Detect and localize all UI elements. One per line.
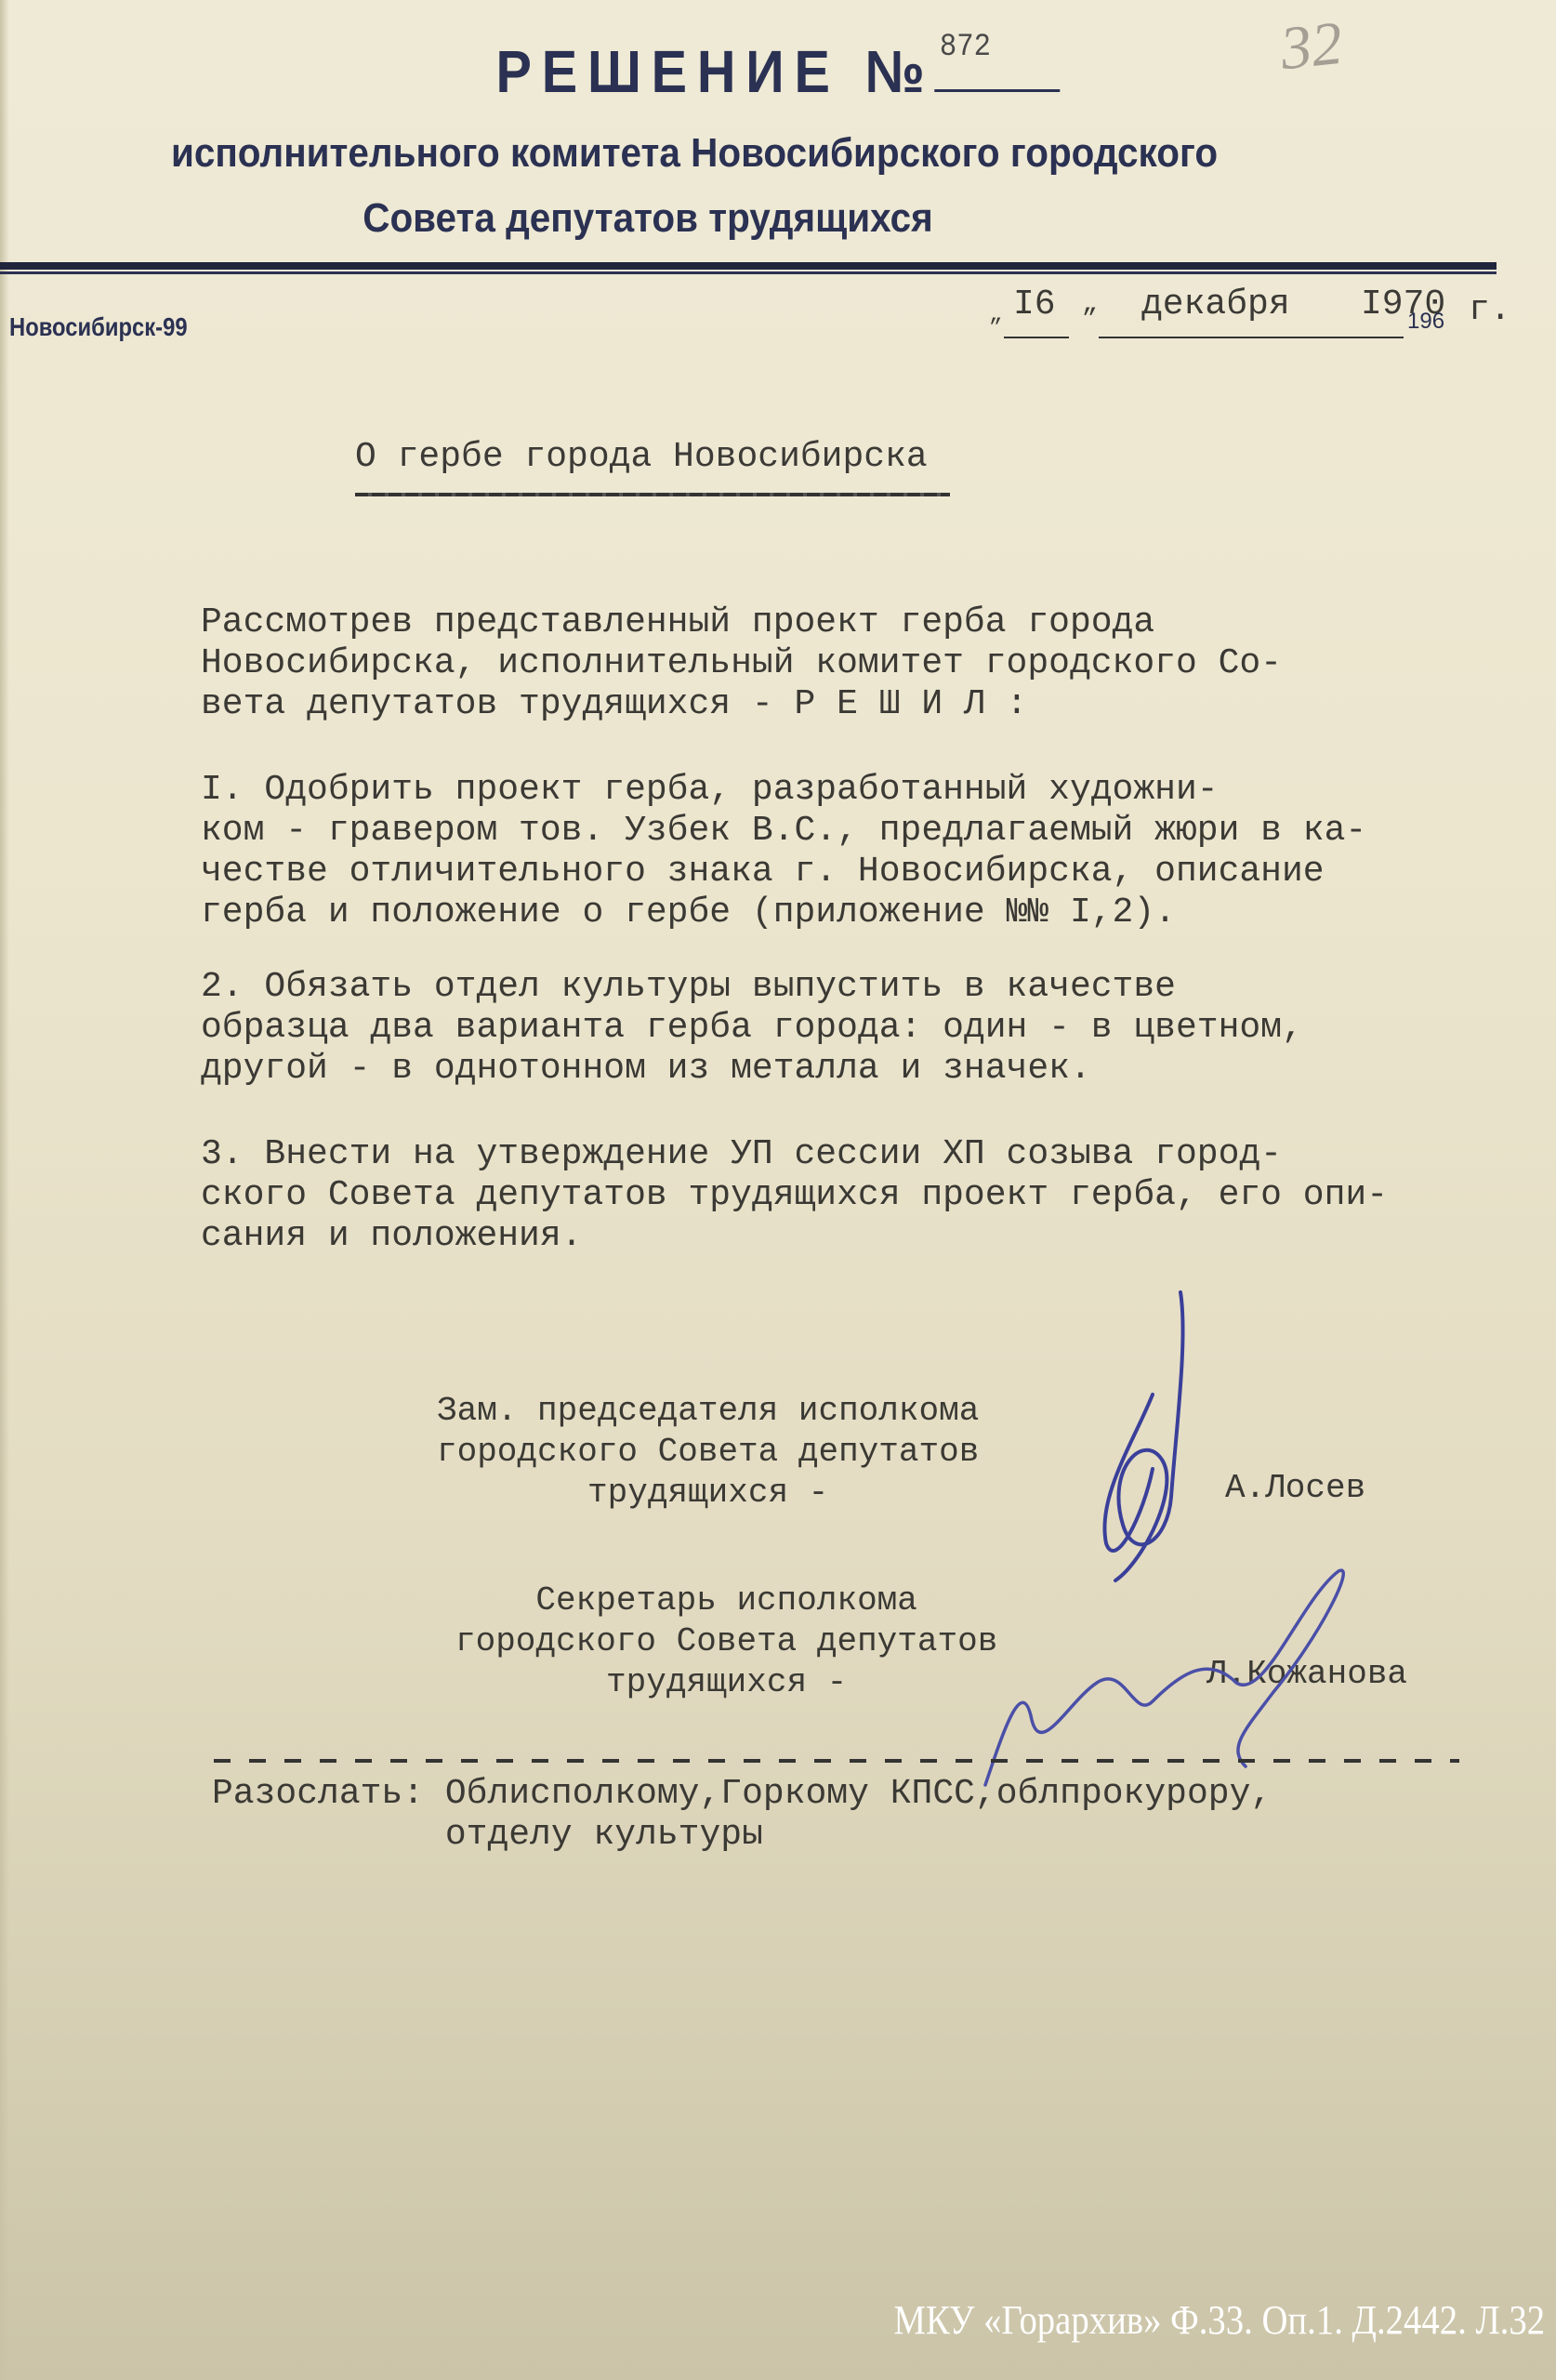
document-title: РЕШЕНИЕ №872	[78, 37, 1479, 106]
resolution-item-3: 3. Внести на утверждение УП сессии ХП со…	[201, 1134, 1388, 1257]
date-year-suffix: г.	[1469, 290, 1511, 330]
document-subject: О гербе города Новосибирска	[355, 437, 928, 477]
open-quote: ”	[989, 316, 1002, 341]
preamble-paragraph: Рассмотрев представленный проект герба г…	[201, 602, 1282, 725]
date-year-printed-prefix: 196	[1407, 309, 1444, 335]
resolution-item-1: I. Одобрить проект герба, разработанный …	[201, 770, 1366, 933]
issuer-line-2: Совета депутатов трудящихся	[0, 195, 1364, 242]
day-underline	[1004, 337, 1069, 338]
date-month: декабря	[1141, 284, 1290, 324]
signature-1-autograph-icon	[1078, 1283, 1227, 1599]
header-rule-thick	[0, 262, 1497, 270]
date-day: I6	[1013, 284, 1056, 324]
signatory-2-position: Секретарь исполкома городского Совета де…	[455, 1580, 997, 1703]
document-page: 32 РЕШЕНИЕ №872 исполнительного комитета…	[0, 0, 1556, 2380]
signature-2-autograph-icon	[967, 1562, 1376, 1804]
subject-underline	[355, 493, 950, 496]
decision-number-field: 872	[934, 37, 1060, 106]
signatory-1-position: Зам. председателя исполкома городского С…	[437, 1391, 979, 1514]
close-quote: „	[1082, 290, 1098, 319]
header-rule-thin	[0, 271, 1497, 274]
signatory-1-name: А.Лосев	[1225, 1469, 1365, 1507]
page-edge-shadow	[0, 0, 9, 2380]
distribution-list: Разослать: Облисполкому,Горкому КПСС,обл…	[212, 1774, 1272, 1856]
resolution-item-2: 2. Обязать отдел культуры выпустить в ка…	[201, 967, 1303, 1090]
month-underline	[1099, 337, 1404, 338]
archive-reference-caption: МКУ «Горархив» Ф.33. Оп.1. Д.2442. Л.32	[893, 2296, 1545, 2344]
distribution-separator	[214, 1759, 1459, 1763]
city-label: Новосибирск-99	[9, 312, 188, 342]
issuer-line-1: исполнительного комитета Новосибирского …	[0, 130, 1410, 177]
decision-number: 872	[940, 30, 991, 65]
title-text: РЕШЕНИЕ №	[496, 38, 935, 105]
